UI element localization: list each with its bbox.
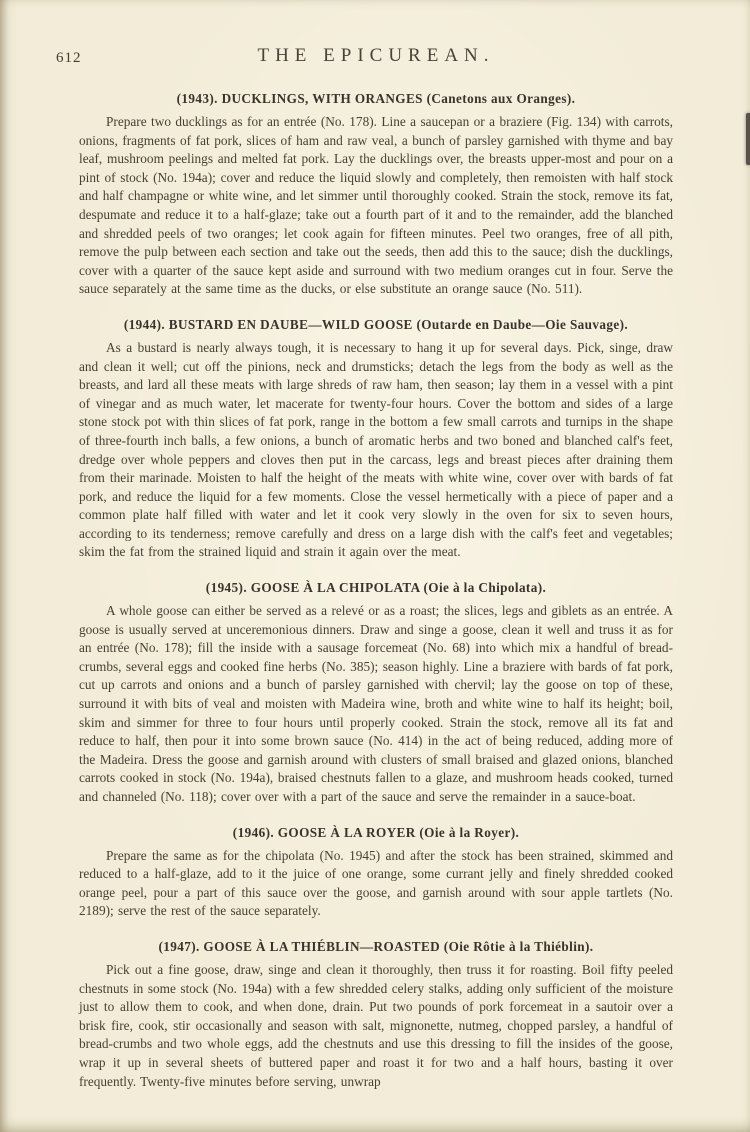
recipe-heading: (1944). BUSTARD EN DAUBE—WILD GOOSE (Out… [79, 316, 673, 333]
page-number: 612 [56, 50, 82, 67]
recipe-body: Pick out a fine goose, draw, singe and c… [79, 961, 673, 1091]
recipe-section-1943: (1943). DUCKLINGS, WITH ORANGES (Caneton… [79, 90, 673, 299]
recipe-body: Prepare two ducklings as for an entrée (… [79, 113, 673, 299]
recipe-body: A whole goose can either be served as a … [79, 602, 673, 807]
book-page: 612 THE EPICUREAN. (1943). DUCKLINGS, WI… [0, 0, 750, 1132]
recipe-heading: (1946). GOOSE À LA ROYER (Oie à la Royer… [79, 824, 673, 841]
recipe-section-1947: (1947). GOOSE À LA THIÉBLIN—ROASTED (Oie… [79, 938, 673, 1091]
recipe-heading: (1945). GOOSE À LA CHIPOLATA (Oie à la C… [79, 579, 673, 596]
recipe-heading: (1943). DUCKLINGS, WITH ORANGES (Caneton… [79, 90, 673, 107]
recipe-section-1944: (1944). BUSTARD EN DAUBE—WILD GOOSE (Out… [79, 316, 673, 562]
book-title: THE EPICUREAN. [79, 44, 673, 68]
recipe-heading: (1947). GOOSE À LA THIÉBLIN—ROASTED (Oie… [79, 938, 673, 955]
recipe-body: Prepare the same as for the chipolata (N… [79, 847, 673, 921]
page-edge-ink-mark [746, 113, 750, 165]
recipe-body: As a bustard is nearly always tough, it … [79, 339, 673, 562]
recipe-section-1945: (1945). GOOSE À LA CHIPOLATA (Oie à la C… [79, 579, 673, 807]
page-content: THE EPICUREAN. (1943). DUCKLINGS, WITH O… [0, 0, 750, 1091]
recipe-section-1946: (1946). GOOSE À LA ROYER (Oie à la Royer… [79, 824, 673, 921]
